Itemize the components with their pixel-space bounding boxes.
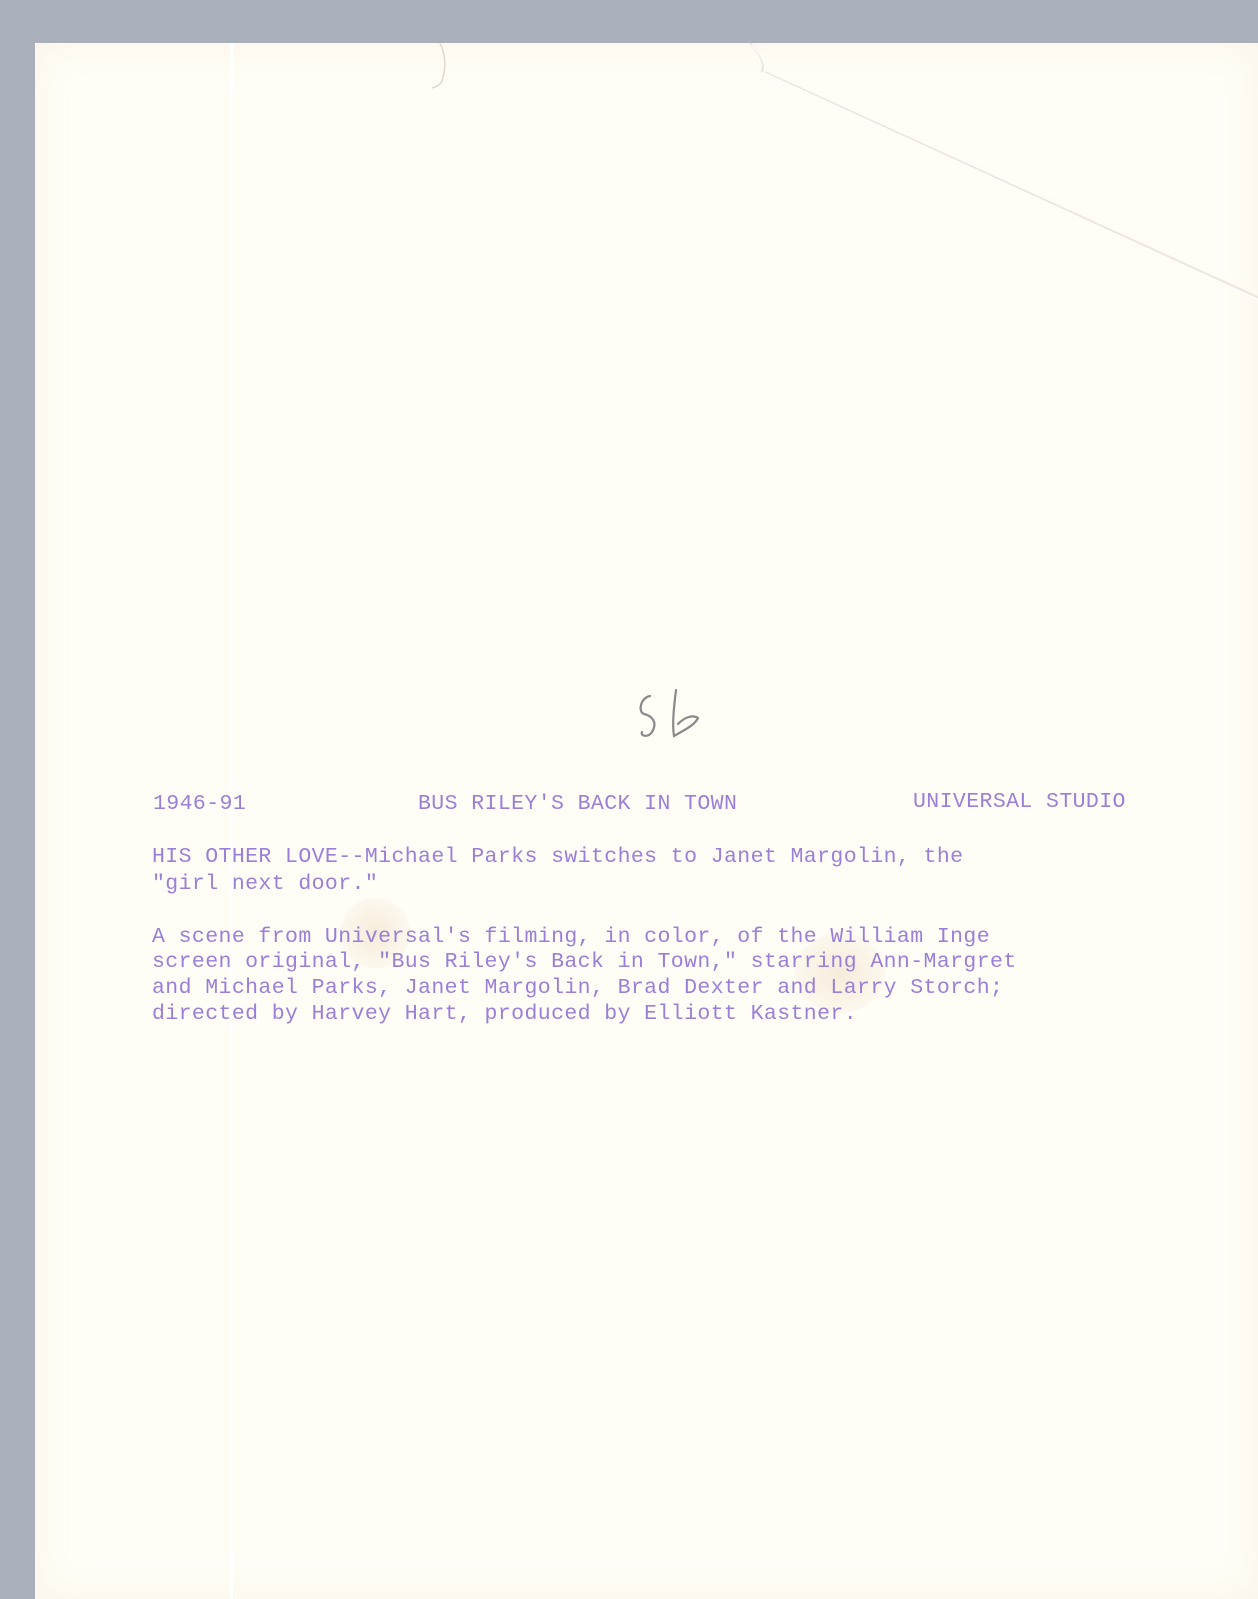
caption-line: HIS OTHER LOVE--Michael Parks switches t… bbox=[152, 845, 963, 871]
handwritten-pencil-mark bbox=[632, 688, 712, 743]
folded-corner-crease bbox=[750, 43, 1258, 343]
paper-crease bbox=[230, 43, 233, 1599]
film-title: BUS RILEY'S BACK IN TOWN bbox=[418, 792, 737, 818]
description-line: A scene from Universal's filming, in col… bbox=[152, 925, 990, 951]
description-line: and Michael Parks, Janet Margolin, Brad … bbox=[152, 976, 1003, 1002]
photo-number: 1946-91 bbox=[153, 792, 246, 818]
description-line: screen original, "Bus Riley's Back in To… bbox=[152, 950, 1017, 976]
studio-name: UNIVERSAL STUDIO bbox=[913, 790, 1126, 816]
press-photo-caption-sheet bbox=[35, 43, 1258, 1599]
paper-tear-mark bbox=[430, 43, 460, 93]
caption-line: "girl next door." bbox=[152, 872, 378, 898]
description-line: directed by Harvey Hart, produced by Ell… bbox=[152, 1002, 857, 1028]
